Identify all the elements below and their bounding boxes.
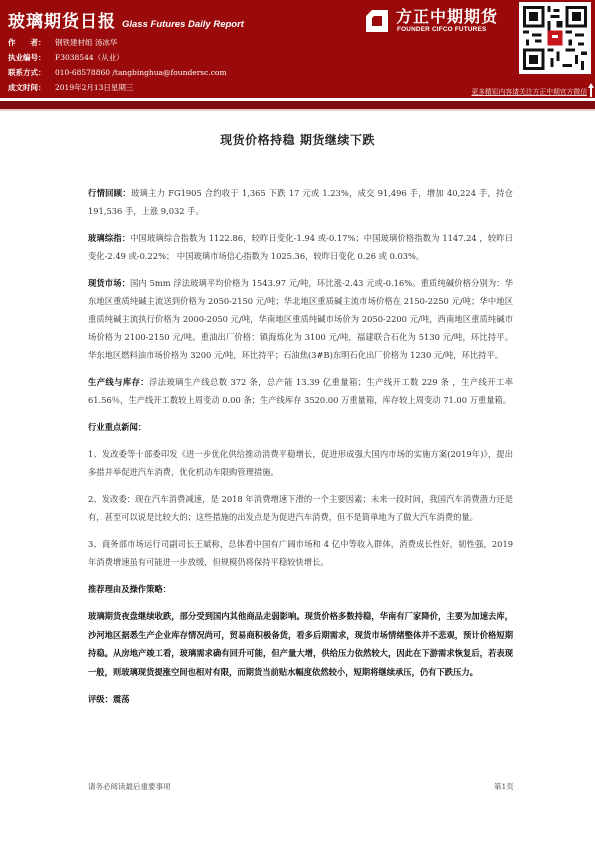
production-inventory-text: 浮法玻璃生产线总数 372 条，总产能 13.39 亿重量箱；生产线开工数 22… <box>88 377 513 405</box>
logo-mark-icon <box>364 8 390 34</box>
rating-value: 震荡 <box>113 694 130 704</box>
news-item: 2、发改委：现在汽车消费减速，是 2018 年消费增速下滑的一个主要因素；未来一… <box>88 490 513 526</box>
header-shadow <box>0 109 595 111</box>
page-number: 第1页 <box>494 781 514 792</box>
report-title-cn: 玻璃期货日报 <box>8 12 116 32</box>
news-item: 3、商务部市场运行司副司长王斌称，总体看中国有广阔市场和 4 亿中等收入群体，消… <box>88 535 513 571</box>
strategy-text: 玻璃期货夜盘继续收跌，部分受到国内其他商品走弱影响。现货价格多数持稳，华南有厂家… <box>88 607 513 681</box>
rating: 评级：震荡 <box>88 690 513 708</box>
meta-date-label: 成文时间： <box>8 82 55 93</box>
meta-author-value: 钢铁建材组 汤冰华 <box>55 38 117 47</box>
meta-contact: 联系方式：010-68578860 /tangbinghua@foundersc… <box>8 67 227 78</box>
strategy-heading: 推荐理由及操作策略： <box>88 580 513 598</box>
report-title-en: Glass Futures Daily Report <box>122 19 244 30</box>
meta-license-label: 执业编号： <box>8 52 55 63</box>
meta-date: 成文时间：2019年2月13日星期三 <box>8 82 133 93</box>
follow-wechat-link[interactable]: 更多精彩内容请关注方正中期官方微信 <box>471 86 587 96</box>
section-production-inventory: 生产线与库存：浮法玻璃生产线总数 372 条，总产能 13.39 亿重量箱；生产… <box>88 373 513 409</box>
spot-market-label: 现货市场： <box>88 278 130 288</box>
meta-contact-label: 联系方式： <box>8 67 55 78</box>
report-header: 玻璃期货日报Glass Futures Daily Report 作 者：钢铁建… <box>0 0 595 98</box>
glass-index-label: 玻璃综指： <box>88 233 130 243</box>
wechat-qr-code <box>519 2 591 74</box>
header-band <box>0 101 595 109</box>
meta-license-value: F3038544（从业） <box>55 53 124 62</box>
production-inventory-label: 生产线与库存： <box>88 377 149 387</box>
arrow-up-icon <box>588 83 594 97</box>
report-title: 玻璃期货日报Glass Futures Daily Report <box>8 7 244 32</box>
logo-text-en: FOUNDER CIFCO FUTURES <box>397 26 486 33</box>
logo-text-cn: 方正中期期货 <box>396 4 498 27</box>
article-title: 现货价格持稳 期货继续下跌 <box>0 131 595 148</box>
meta-date-value: 2019年2月13日星期三 <box>55 83 133 92</box>
news-item: 1、发改委等十部委印发《进一步优化供给推动消费平稳增长，促进形成强大国内市场的实… <box>88 445 513 481</box>
section-glass-index: 玻璃综指：中国玻璃综合指数为 1122.86，较昨日变化-1.94 或-0.17… <box>88 229 513 265</box>
section-market-review: 行情回顾：玻璃主力 FG1905 合约收于 1,365 下跌 17 元或 1.2… <box>88 184 513 220</box>
footer-disclaimer: 请务必阅读最后重要事项 <box>88 781 171 792</box>
spot-market-text: 国内 5mm 浮法玻璃平均价格为 1543.97 元/吨，环比涨-2.43 元或… <box>88 278 513 360</box>
meta-license: 执业编号：F3038544（从业） <box>8 52 124 63</box>
glass-index-text: 中国玻璃综合指数为 1122.86，较昨日变化-1.94 或-0.17%；中国玻… <box>88 233 513 261</box>
report-body: 行情回顾：玻璃主力 FG1905 合约收于 1,365 下跌 17 元或 1.2… <box>88 184 513 708</box>
market-review-label: 行情回顾： <box>88 188 131 198</box>
market-review-text: 玻璃主力 FG1905 合约收于 1,365 下跌 17 元或 1.23%，成交… <box>88 188 513 216</box>
meta-contact-value[interactable]: 010-68578860 /tangbinghua@foundersc.com <box>55 68 227 77</box>
qr-code-icon <box>523 6 587 70</box>
company-logo: 方正中期期货 FOUNDER CIFCO FUTURES <box>362 4 512 38</box>
section-spot-market: 现货市场：国内 5mm 浮法玻璃平均价格为 1543.97 元/吨，环比涨-2.… <box>88 274 513 364</box>
rating-label: 评级： <box>88 694 113 704</box>
meta-author: 作 者：钢铁建材组 汤冰华 <box>8 37 117 48</box>
meta-author-label: 作 者： <box>8 37 55 48</box>
industry-news-heading: 行业重点新闻： <box>88 418 513 436</box>
